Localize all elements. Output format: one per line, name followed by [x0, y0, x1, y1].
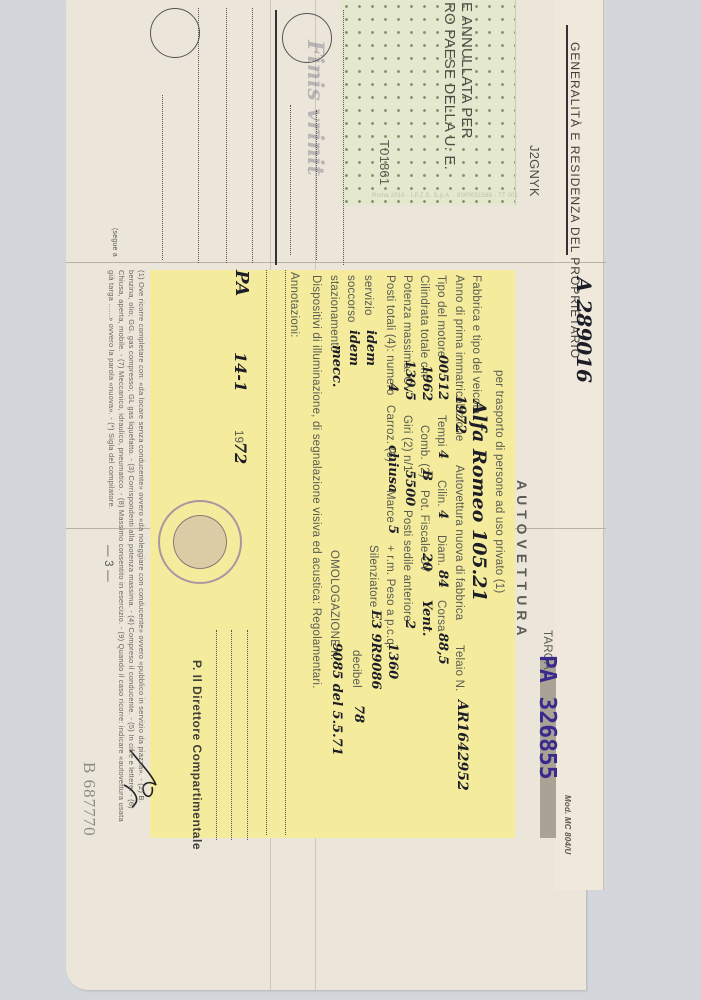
field-value-decibel: 78 — [351, 705, 366, 723]
field-value-displacement: 1962 — [419, 365, 434, 401]
field-value-max-power: 130,5 — [402, 360, 417, 401]
field-value-gears: 5 — [385, 525, 400, 534]
sticker-serial: T01861 — [377, 140, 392, 185]
field-value-brake-emergency: idem — [346, 330, 361, 366]
dotted-line — [216, 630, 217, 840]
field-value-homologation: 9085 del 5.5.71 — [329, 643, 344, 756]
targa-value: PA 326855 — [534, 655, 560, 780]
field-label-brake-emergency: soccorso — [345, 275, 357, 323]
serial-number: B 687770 — [79, 762, 99, 837]
field-label-gears: Marce — [384, 490, 396, 523]
dotted-line — [285, 270, 286, 835]
fold-line — [66, 262, 606, 263]
faded-handwriting: Finis vrinit — [302, 40, 328, 176]
page-number: — 3 — — [102, 545, 114, 582]
circle-mark — [150, 8, 200, 58]
field-label-cylinders: Cilin. — [435, 480, 447, 507]
field-label-tempi: Tempi — [435, 415, 447, 447]
field-label-bore: Diam. — [435, 535, 447, 566]
dotted-line — [226, 8, 227, 263]
field-label-total-seats: Posti totali (4): numero — [384, 275, 396, 396]
field-value-brake-service: idem — [363, 330, 378, 366]
section-title: AUTOVETTURA — [514, 480, 530, 641]
field-value-fuel: B — [419, 470, 434, 481]
devices-text: Dispositivi di illuminazione, di segnala… — [310, 275, 322, 689]
issue-place: PA — [231, 270, 252, 296]
field-label-chassis: Telaio N. — [453, 645, 465, 692]
field-label-decibel: decibel — [350, 650, 362, 688]
field-label-make: Fabbrica e tipo del veicolo — [470, 275, 482, 414]
field-label-new-vehicle: Autovettura nuova di fabbrica — [453, 465, 465, 620]
field-value-chassis: AR1642952 — [454, 700, 470, 791]
field-label-stroke: Corsa — [435, 600, 447, 632]
field-label-brake-parking: stazionamento — [328, 275, 340, 352]
field-value-cylinders: 4 — [435, 510, 450, 519]
field-value-make: Alfa Romeo 105.21 — [468, 400, 490, 602]
dotted-line — [316, 110, 317, 260]
dotted-line — [198, 8, 199, 263]
field-value-weight: 1360 — [385, 643, 400, 679]
field-value-rpm: 5500 — [402, 470, 417, 506]
dotted-line — [252, 8, 253, 263]
field-value-silencer: E3 9R9086 — [368, 610, 383, 690]
dotted-line — [266, 270, 267, 835]
annotations-label: Annotazioni: — [288, 272, 300, 338]
owner-number: A 289016 — [572, 277, 596, 383]
issue-year: 72 — [231, 442, 250, 464]
model-code: Mod. MC 804/U — [563, 795, 572, 855]
field-value-fiscal-power-words: Yent. — [419, 600, 434, 636]
field-value-total-seats: 4 — [385, 383, 400, 392]
field-value-fiscal-power: 20 — [419, 553, 434, 571]
sticker-text-2: RO PAESE DELLA U. E. — [441, 2, 458, 170]
official-stamp — [158, 500, 242, 584]
form-subtitle: per trasporto di persone ad uso privato … — [493, 370, 505, 593]
field-value-front-seats: 2 — [402, 620, 417, 629]
sticker-text-1: E ANNULLATA PER — [458, 2, 475, 139]
field-value-first-registration: 1972 — [452, 395, 468, 434]
dotted-line — [231, 630, 232, 840]
field-value-stroke: 88,5 — [435, 633, 450, 665]
field-value-engine: 00512 — [435, 355, 450, 400]
field-label-front-seats: Posti sedile anteriore — [401, 510, 413, 622]
field-value-body: chiusa — [385, 445, 400, 493]
field-label-engine: Tipo del motore — [435, 275, 447, 357]
dotted-line — [162, 95, 163, 260]
field-value-bore: 84 — [435, 570, 450, 588]
sticker-code: J2GNYK — [527, 145, 542, 197]
field-value-brake-parking: mecc. — [329, 345, 344, 387]
field-value-tempi: 4 — [435, 450, 450, 459]
signatory-label: P. Il Direttore Compartimentale — [190, 660, 204, 850]
dotted-line — [343, 10, 344, 265]
field-label-silencer: Silenziatore — [367, 545, 379, 608]
field-label-brake-service: servizio — [362, 275, 374, 316]
field-label-weight: + r.m. Peso a p.c.q. — [384, 545, 396, 648]
field-label-rpm: Giri (2) n/1' — [401, 415, 413, 474]
rule — [275, 10, 277, 265]
security-sticker — [340, 0, 516, 205]
dotted-line — [290, 105, 291, 255]
segue-note: (segue a — [111, 228, 118, 257]
dotted-line — [247, 630, 248, 840]
issue-date-day: 14-1 — [231, 352, 250, 392]
sticker-printer: Roma 2016 - I.P.Z.S. S.p.A. - 8000051586… — [372, 193, 518, 199]
